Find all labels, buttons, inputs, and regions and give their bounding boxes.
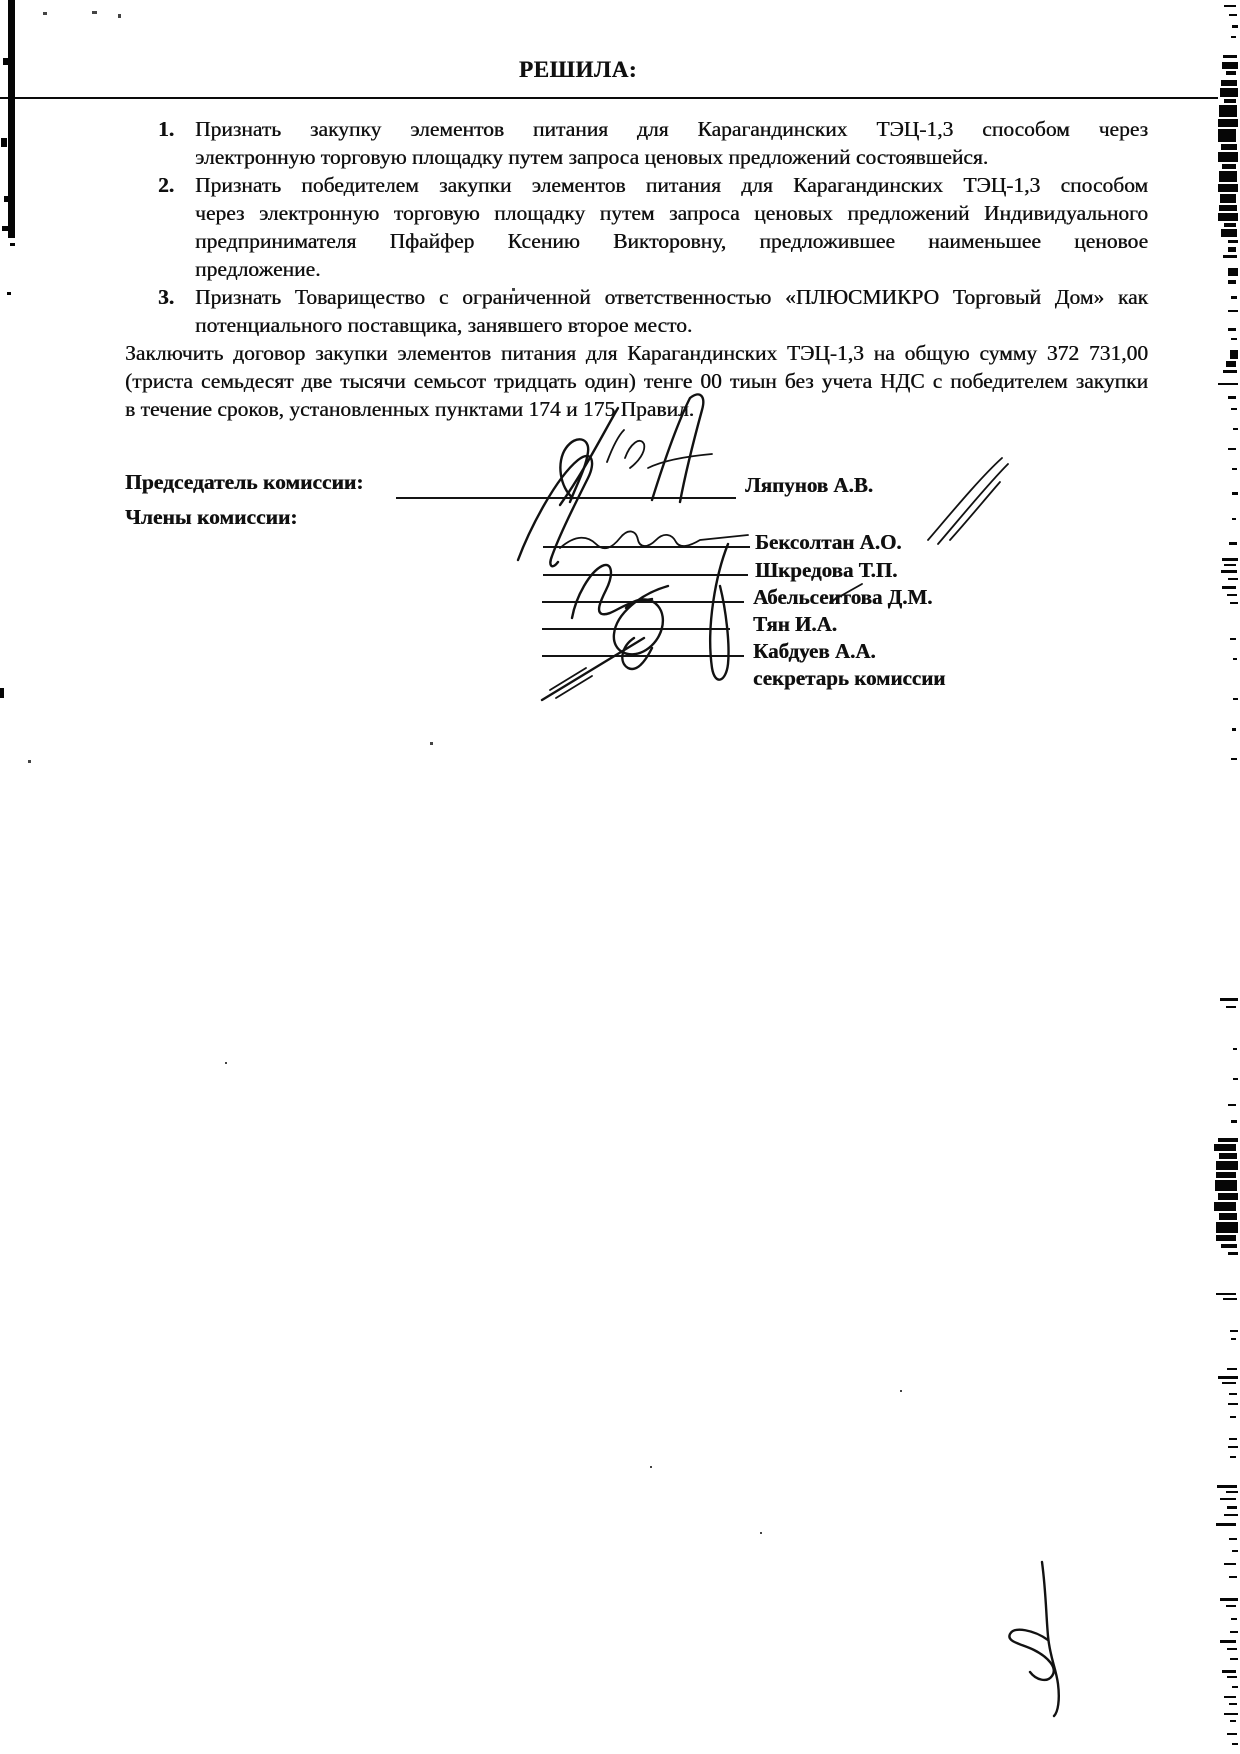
signature-line — [542, 628, 730, 630]
signatory-name: Тян И.А. — [753, 611, 837, 637]
signatory-name: Шкредова Т.П. — [755, 557, 897, 583]
signature-line — [543, 574, 748, 576]
signatory-name: Кабдуев А.А. — [753, 638, 876, 664]
members-label: Члены комиссии: — [125, 503, 297, 531]
scanned-document-page: РЕШИЛА: 1. Признать закупку элементов пи… — [0, 0, 1240, 1754]
chairman-label: Председатель комиссии: — [125, 468, 363, 496]
secretary-label: секретарь комиссии — [753, 665, 945, 691]
signature-line — [542, 601, 744, 603]
signatory-name: Ляпунов А.В. — [745, 472, 873, 498]
signature-line — [542, 655, 744, 657]
signatory-name: Абельсеитова Д.М. — [753, 584, 932, 610]
signature-line — [543, 546, 750, 548]
signatory-name: Бексолтан А.О. — [755, 529, 902, 555]
handwritten-signature-bottom — [1009, 1562, 1058, 1716]
signature-block: Председатель комиссии: Члены комиссии: Л… — [0, 0, 1240, 760]
signature-line — [396, 497, 736, 499]
